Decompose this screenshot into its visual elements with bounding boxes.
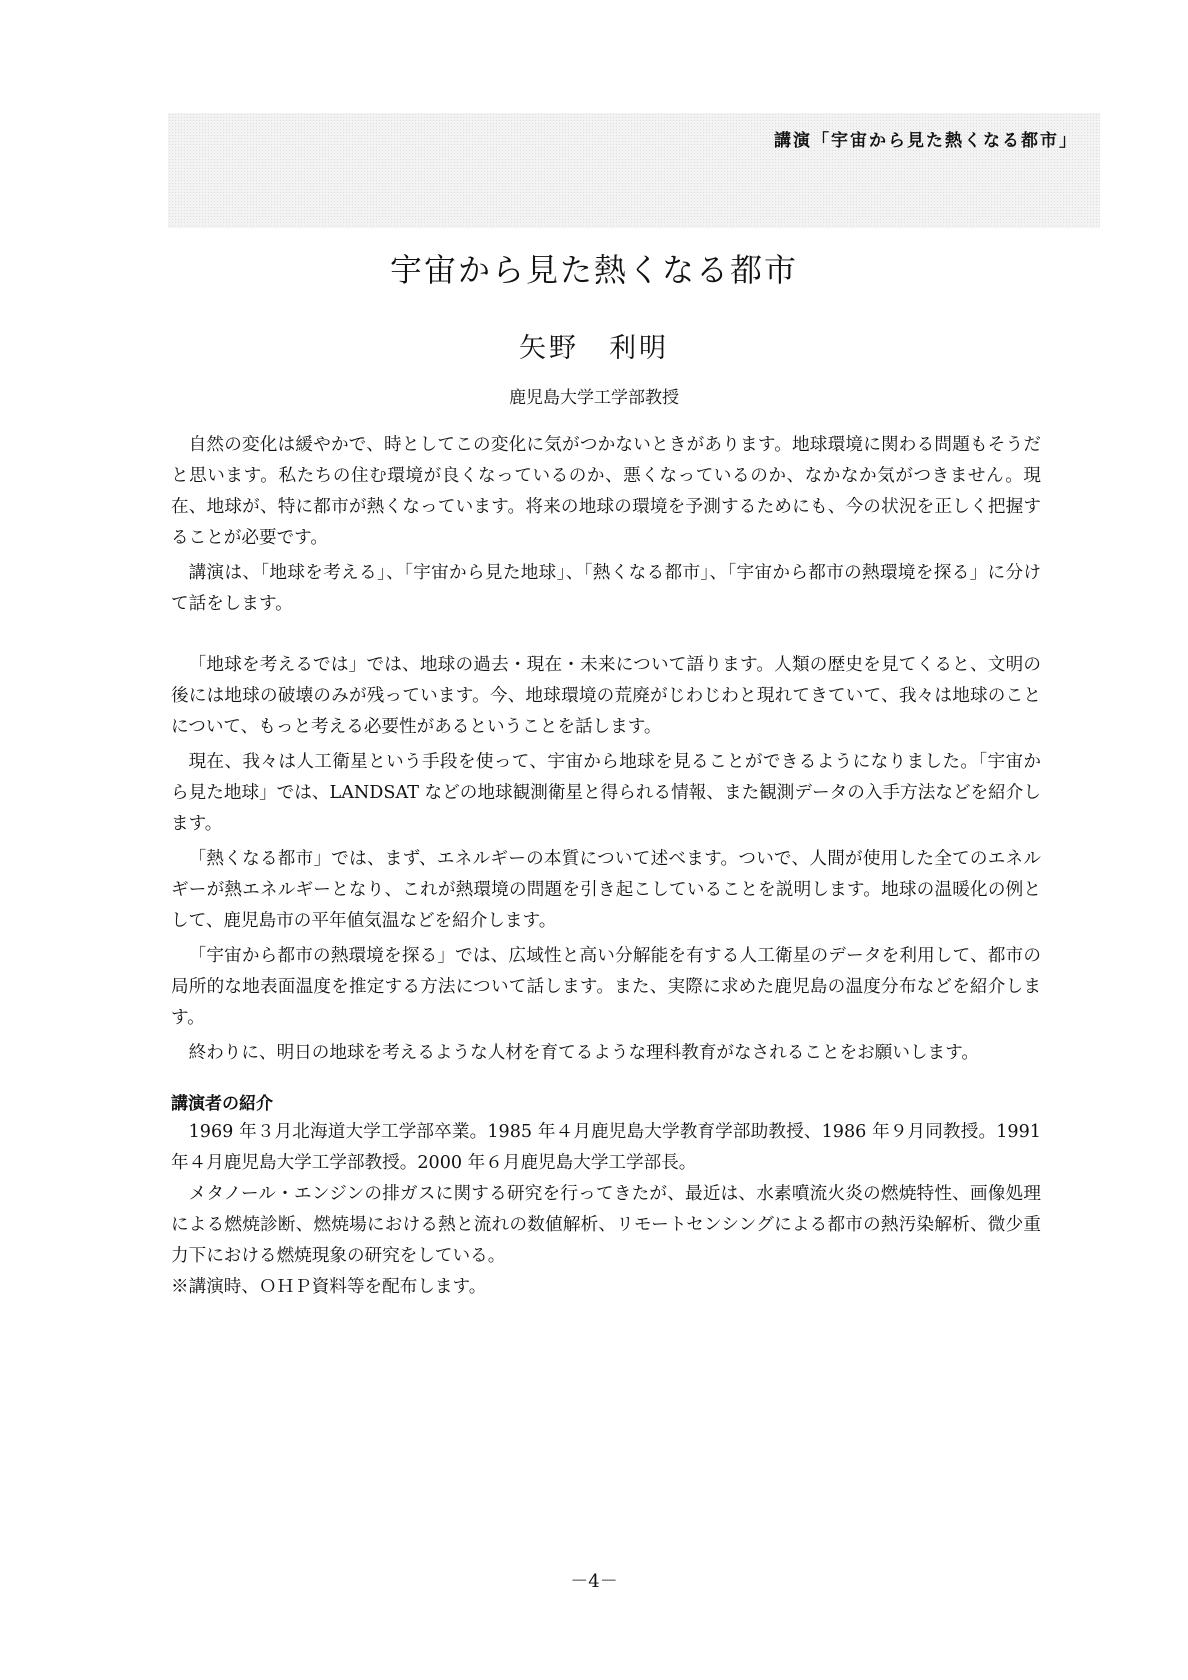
header-banner: 講演「宇宙から見た熱くなる都市」 [168,113,1100,228]
paragraph: 終わりに、明日の地球を考えるような人材を育てるような理科教育がなされることをお願… [171,1038,1041,1069]
page-title: 宇宙から見た熱くなる都市 [0,245,1188,291]
paragraph: 「宇宙から都市の熱環境を探る」では、広域性と高い分解能を有する人工衛星のデータを… [171,941,1041,1034]
paragraph: 講演は、「地球を考える」、「宇宙から見た地球」、「熱くなる都市」、「宇宙から都市… [171,558,1041,620]
author-affiliation: 鹿児島大学工学部教授 [0,383,1188,408]
running-header: 講演「宇宙から見た熱くなる都市」 [774,126,1078,151]
speaker-intro-heading: 講演者の紹介 [171,1091,1041,1117]
speaker-bio: 1969 年３月北海道大学工学部卒業。1985 年４月鹿児島大学教育学部助教授、… [171,1117,1041,1179]
speaker-research: メタノール・エンジンの排ガスに関する研究を行ってきたが、最近は、水素噴流火炎の燃… [171,1179,1041,1272]
paragraph: 現在、我々は人工衛星という手段を使って、宇宙から地球を見ることができるようになり… [171,747,1041,840]
handout-note: ※講演時、ＯＨＰ資料等を配布します。 [171,1272,1041,1303]
page-number: －4－ [0,1567,1188,1593]
paragraph: 「熱くなる都市」では、まず、エネルギーの本質について述べます。ついで、人間が使用… [171,844,1041,937]
author-name: 矢野 利明 [0,326,1188,365]
abstract-body: 自然の変化は緩やかで、時としてこの変化に気がつかないときがあります。地球環境に関… [171,430,1041,1303]
paragraph: 自然の変化は緩やかで、時としてこの変化に気がつかないときがあります。地球環境に関… [171,430,1041,554]
paragraph: 「地球を考えるでは」では、地球の過去・現在・未来について語ります。人類の歴史を見… [171,650,1041,743]
